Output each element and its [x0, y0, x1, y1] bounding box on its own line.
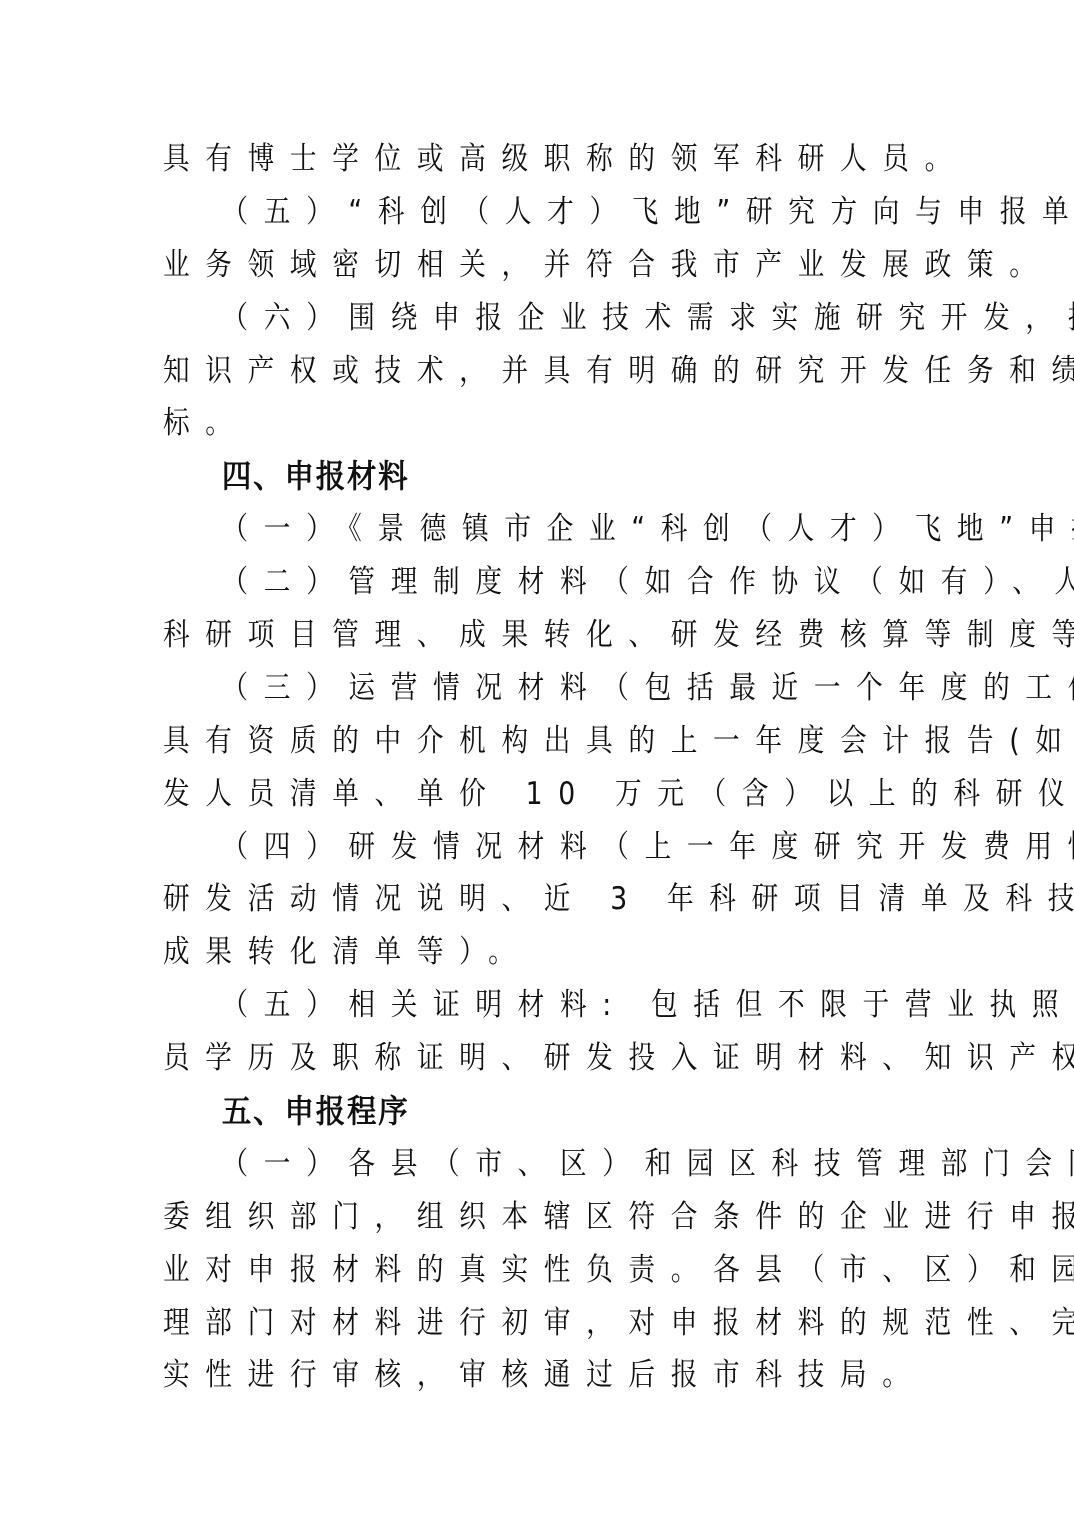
paragraph-line: （二）管理制度材料（如合作协议（如有）、人才引培、 — [163, 556, 817, 609]
paragraph-line: 员学历及职称证明、研发投入证明材料、知识产权证明等。 — [163, 1032, 817, 1085]
paragraph-line: （四）研发情况材料（上一年度研究开发费用情况表、 — [163, 821, 817, 874]
paragraph-line: 理部门对材料进行初审，对申报材料的规范性、完整性、真 — [163, 1297, 817, 1350]
paragraph-line: （一）《景德镇市企业“科创（人才）飞地”申报书》: — [163, 503, 817, 556]
paragraph-line: 具有资质的中介机构出具的上一年度会计报告(如有）、研 — [163, 715, 817, 768]
paragraph-line: 知识产权或技术，并具有明确的研究开发任务和绩效考核目 — [163, 345, 817, 398]
paragraph-line: （三）运营情况材料（包括最近一个年度的工作报告、 — [163, 662, 817, 715]
paragraph-line: 业务领域密切相关，并符合我市产业发展政策。 — [163, 239, 817, 292]
paragraph-line: 发人员清单、单价 10 万元（含）以上的科研仪器设备等）； — [163, 768, 817, 821]
document-page: 具有博士学位或高级职称的领军科研人员。 （五）“科创（人才）飞地”研究方向与申报… — [163, 133, 923, 1402]
paragraph-line: （五）“科创（人才）飞地”研究方向与申报单位主营 — [163, 186, 817, 239]
paragraph-line: （一）各县（市、区）和园区科技管理部门会同当地党 — [163, 1138, 817, 1191]
paragraph-line: （五）相关证明材料: 包括但不限于营业执照、研发人 — [163, 979, 817, 1032]
section-heading: 五、申报程序 — [163, 1085, 862, 1138]
section-heading: 四、申报材料 — [163, 450, 862, 503]
paragraph-line: 业对申报材料的真实性负责。各县（市、区）和园区科技管 — [163, 1244, 817, 1297]
paragraph-line: 具有博士学位或高级职称的领军科研人员。 — [163, 133, 817, 186]
paragraph-line: （六）围绕申报企业技术需求实施研究开发，拥有自主 — [163, 292, 817, 345]
paragraph-line: 委组织部门，组织本辖区符合条件的企业进行申报。申报企 — [163, 1191, 817, 1244]
paragraph-line: 成果转化清单等）。 — [163, 926, 817, 979]
paragraph-line: 标。 — [163, 397, 817, 450]
paragraph-line: 研发活动情况说明、近 3 年科研项目清单及科技成果清单、 — [163, 873, 817, 926]
paragraph-line: 实性进行审核，审核通过后报市科技局。 — [163, 1349, 817, 1402]
paragraph-line: 科研项目管理、成果转化、研发经费核算等制度等）； — [163, 609, 817, 662]
